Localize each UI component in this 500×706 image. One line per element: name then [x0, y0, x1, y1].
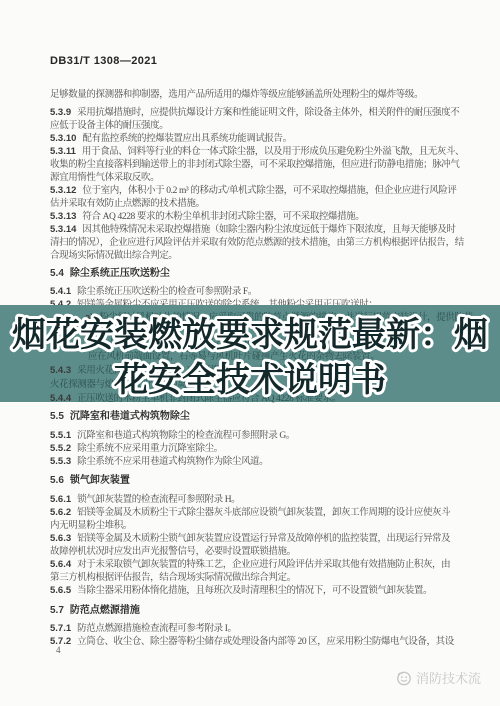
doc-line: 源宜用惰性气体采取反吹。 [50, 169, 159, 183]
clause-text: 沉降室和巷道式构筑物除尘 [70, 411, 190, 422]
doc-line: 5.4.1除尘系统正压吹送粉尘的检查可参照附录 F。 [50, 283, 257, 297]
clause-text: 铝镁等金属及木质粉尘干式除尘器灰斗底部应设锁气卸灰装置，卸灰工作周期的设计应使灰… [77, 508, 450, 518]
doc-line: 5.3.13符合 AQ 4228 要求的木粉尘单机非封闭式除尘器，可不采取控爆措… [50, 208, 364, 222]
doc-line: 足够数量的探测器和抑制器，选用产品所适用的爆炸等级应能够涵盖所处理粉尘的爆炸等级… [50, 86, 423, 100]
smiley-face-icon [396, 670, 412, 686]
clause-number: 5.5.3 [50, 456, 71, 467]
doc-line: 5.5.1沉降室和巷道式构筑物除尘的检查流程可参照附录 G。 [50, 427, 295, 441]
doc-line: 第三方机构根据评估报告，结合现场实际情况做出综合判定。 [50, 569, 296, 583]
clause-text: 除尘系统正压吹送粉尘 [70, 268, 170, 279]
clause-number: 5.6.5 [50, 585, 71, 596]
doc-line: 5.7.1防范点燃源措施检查流程可参考附录 I。 [50, 620, 237, 634]
watermark: 消防技术流 [396, 668, 481, 687]
doc-line: 5.7防范点燃源措施 [50, 601, 140, 616]
doc-line: 5.6.4对于未采取锁气卸灰装置的特殊工艺，企业应进行风险评估并采取其他有效措施… [50, 556, 450, 570]
overlay-title-line1: 烟花安装燃放要求规范最新：烟 [11, 316, 488, 354]
clause-text: 除尘系统不应采用巷道式构筑物作为除尘风道。 [77, 457, 268, 467]
overlay-title: 烟花安装燃放要求规范最新：烟 花安全技术说明书 [0, 300, 500, 410]
document-page: DB31/T 1308—2021 足够数量的探测器和抑制器，选用产品所适用的爆炸… [0, 0, 500, 706]
clause-number: 5.4 [50, 268, 64, 279]
doc-line: 5.6.3铝镁等金属及木质粉尘锁气卸灰装置应设置运行异常及故障停机的监控装置，出… [50, 530, 450, 544]
doc-line: 5.3.11用于食品、饲料等行业的料仓一体式除尘器，以及用于形成负压避免粉尘外溢… [50, 143, 464, 157]
clause-text: 当除尘器采用粉体惰化措施，且每班次及时清理积尘的情况下，可不设置锁气卸灰装置。 [77, 586, 432, 596]
doc-line: 估并采取有效防止点燃源的技术措施。 [50, 195, 205, 209]
overlay-title-line2: 花安全技术说明书 [114, 361, 386, 399]
doc-line: 内无明显粉尘堆积。 [50, 517, 132, 531]
clause-number: 5.7 [50, 605, 64, 616]
clause-text: 立筒仓、收尘仓、除尘器等粉尘储存或处理设备内部等 20 区，应采用粉尘防爆电气设… [77, 637, 454, 647]
clause-text: 足够数量的探测器和抑制器，选用产品所适用的爆炸等级应能够涵盖所处理粉尘的爆炸等级… [50, 90, 423, 100]
clause-number: 5.5 [50, 411, 64, 422]
doc-line: 收集的粉尘直接落料到输送带上的非封闭式除尘器，可不采取控爆措施，但应进行防静电措… [50, 156, 460, 170]
page-number: 4 [56, 645, 61, 655]
doc-line: 5.3.10配有监控系统的控爆装置应出具系统功能调试报告。 [50, 130, 292, 144]
doc-line: 5.6.2铝镁等金属及木质粉尘干式除尘器灰斗底部应设锁气卸灰装置，卸灰工作周期的… [50, 504, 450, 518]
doc-line: 5.6.5当除尘器采用粉体惰化措施，且每班次及时清理积尘的情况下，可不设置锁气卸… [50, 582, 432, 596]
doc-line: 应低于设备主体的耐压强度。 [50, 117, 168, 131]
clause-text: 合现场实际情况做出综合判定。 [50, 251, 177, 261]
doc-line: 5.3.9采用抗爆措施时，应提供抗爆设计方案和性能证明文件，除设备主体外，相关附… [50, 104, 459, 118]
doc-line: 5.7.2立筒仓、收尘仓、除尘器等粉尘储存或处理设备内部等 20 区，应采用粉尘… [50, 633, 454, 647]
doc-line: 故障停机状况时应发出声光报警信号，必要时设置联锁措施。 [50, 543, 296, 557]
doc-line: 合现场实际情况做出综合判定。 [50, 247, 177, 261]
doc-line: 5.3.12位于室内，体积小于 0.2 m³ 的移动式/单机式除尘器，可不采取控… [50, 182, 457, 196]
doc-line: 5.4除尘系统正压吹送粉尘 [50, 264, 170, 279]
doc-line: 清扫的情况），企业应进行风险评估并采取有效防范点燃源的技术措施，由第三方机构根据… [50, 234, 464, 248]
clause-text: 锁气卸灰装置 [70, 475, 130, 486]
watermark-label: 消防技术流 [416, 668, 481, 687]
clause-text: 防范点燃源措施 [70, 605, 140, 616]
doc-line: 5.5.3除尘系统不应采用巷道式构筑物作为除尘风道。 [50, 453, 268, 467]
clause-number: 5.6 [50, 475, 64, 486]
doc-line: 5.5.2除尘系统不应采用重力沉降室除尘。 [50, 440, 223, 454]
doc-line: 5.6锁气卸灰装置 [50, 471, 130, 486]
doc-line: 5.3.14因其他特殊情况未采取控爆措施（如除尘器内粉尘浓度远低于爆炸下限浓度，… [50, 221, 456, 235]
doc-line: 5.6.1锁气卸灰装置的检查流程可参照附录 H。 [50, 491, 240, 505]
